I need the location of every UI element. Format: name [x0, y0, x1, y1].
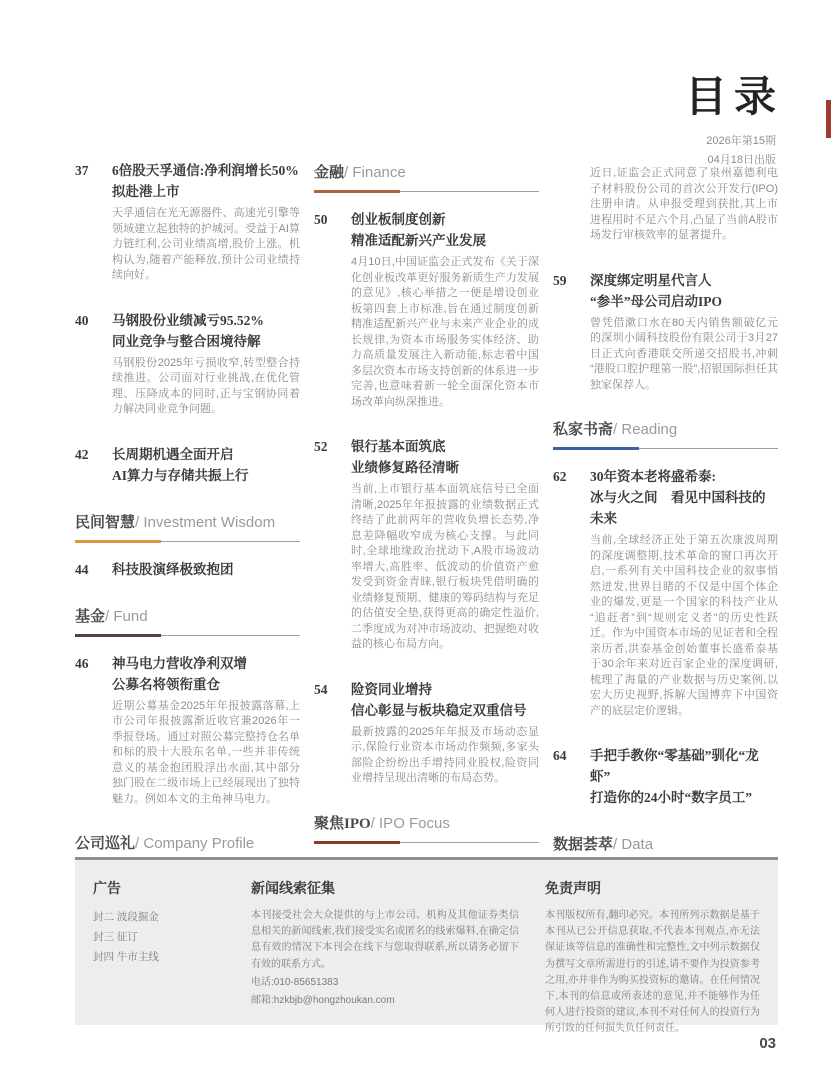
section-title: 聚焦IPOIPO Focus: [314, 813, 539, 835]
footer: 广告 封二 波段掘金封三 征订封四 牛市主线 新闻线索征集 本刊接受社会大众提供…: [75, 857, 778, 1025]
entry-page-number: 59: [553, 270, 590, 394]
section-title-zh: 民间智慧: [75, 515, 135, 531]
entry-title: 精准适配新兴产业发展: [351, 230, 539, 251]
entry-title: 科技股演绎极致抱团: [112, 559, 300, 580]
entry-content: 长周期机遇全面开启AI算力与存储共振上行: [112, 444, 300, 486]
footer-news-heading: 新闻线索征集: [251, 878, 519, 898]
entry-title: 银行基本面筑底: [351, 436, 539, 457]
entry-summary: 当前,全球经济正处于第五次康波周期的深度调整期,技术革命的窗口再次开启,一系列有…: [590, 533, 778, 719]
entry-page-number: 46: [75, 653, 112, 808]
section-accent-bar: [553, 447, 639, 450]
entry-page-number: 50: [314, 209, 351, 410]
entry-title: 信心彰显与板块稳定双重信号: [351, 700, 539, 721]
entry-content: 6倍股天孚通信:净利润增长50%拟赴港上市天孚通信在光无源器件、高速光引擎等领域…: [112, 160, 300, 284]
entry-title: 打造你的24小时“数字员工”: [590, 787, 778, 808]
section-title-en: Data: [613, 836, 653, 853]
toc-entry-64: 64手把手教你“零基础”驯化“龙虾”打造你的24小时“数字员工”: [553, 745, 778, 808]
footer-ad-heading: 广告: [93, 878, 243, 898]
section-title: 民间智慧Investment Wisdom: [75, 512, 300, 534]
entry-title: 同业竞争与整合困境待解: [112, 331, 300, 352]
entry-title: 深度绑定明星代言人: [590, 270, 778, 291]
entry-content: 神马电力营收净利双增公募名将领衔重仓近期公募基金2025年年报披露落幕,上市公司…: [112, 653, 300, 808]
entry-content: 科技股演绎极致抱团: [112, 559, 300, 580]
entry-title: 30年资本老将盛希泰:: [590, 466, 778, 487]
header-accent-bar: [826, 100, 831, 138]
page-header: 目录 2026年第15期 04月18日出版: [685, 64, 776, 171]
entry-title: 神马电力营收净利双增: [112, 653, 300, 674]
entry-summary: 最新披露的2025年年报及市场动态显示,保险行业资本市场动作频频,多家头部险企纷…: [351, 725, 539, 787]
section-title-en: IPO Focus: [371, 815, 450, 832]
entry-title: 手把手教你“零基础”驯化“龙虾”: [590, 745, 778, 787]
issue-number: 2026年第15期: [685, 132, 776, 151]
entry-content: 银行基本面筑底业绩修复路径清晰当前,上市银行基本面筑底信号已全面清晰,2025年…: [351, 436, 539, 653]
footer-email: 邮箱:hzkbjb@hongzhoukan.com: [251, 993, 519, 1009]
entry-page-number: 40: [75, 310, 112, 418]
column-left: 376倍股天孚通信:净利润增长50%拟赴港上市天孚通信在光无源器件、高速光引擎等…: [75, 160, 300, 858]
entry-content: 手把手教你“零基础”驯化“龙虾”打造你的24小时“数字员工”: [590, 745, 778, 808]
section-title: 私家书斋Reading: [553, 419, 778, 441]
section-title: 金融Finance: [314, 162, 539, 184]
entry-content: 深度绑定明星代言人“参半”母公司启动IPO曾凭借漱口水在80天内销售额破亿元的深…: [590, 270, 778, 394]
page-number: 03: [759, 1035, 776, 1052]
section-title-en: Reading: [613, 421, 677, 438]
section-rule: [75, 540, 300, 543]
entry-content: 30年资本老将盛希泰:冰与火之间 看见中国科技的未来当前,全球经济正处于第五次康…: [590, 466, 778, 719]
section-data: 数据荟萃Data: [553, 834, 778, 858]
section-title-zh: 金融: [314, 165, 344, 181]
entry-page-number: 54: [314, 679, 351, 787]
section-rule: [314, 190, 539, 193]
entry-page-number: 42: [75, 444, 112, 486]
section-investment-wisdom: 民间智慧Investment Wisdom: [75, 512, 300, 543]
entry-title: 马钢股份业绩减亏95.52%: [112, 310, 300, 331]
section-finance: 金融Finance: [314, 162, 539, 193]
section-reading: 私家书斋Reading: [553, 419, 778, 450]
entry-title: 6倍股天孚通信:净利润增长50%: [112, 160, 300, 181]
entry-summary: 4月10日,中国证监会正式发布《关于深化创业板改革更好服务新质生产力发展的意见》…: [351, 255, 539, 410]
footer-ad: 广告 封二 波段掘金封三 征订封四 牛市主线: [93, 878, 243, 1025]
toc-entry-37: 376倍股天孚通信:净利润增长50%拟赴港上市天孚通信在光无源器件、高速光引擎等…: [75, 160, 300, 284]
entry-title: AI算力与存储共振上行: [112, 465, 300, 486]
section-fund: 基金Fund: [75, 606, 300, 637]
entry-title: 公募名将领衔重仓: [112, 674, 300, 695]
entry-summary: 天孚通信在光无源器件、高速光引擎等领域建立起独特的护城河。受益于AI算力链红利,…: [112, 206, 300, 284]
entry-content: 险资同业增持信心彰显与板块稳定双重信号最新披露的2025年年报及市场动态显示,保…: [351, 679, 539, 787]
toc-columns: 376倍股天孚通信:净利润增长50%拟赴港上市天孚通信在光无源器件、高速光引擎等…: [75, 160, 778, 858]
entry-content: 马钢股份业绩减亏95.52%同业竞争与整合困境待解马钢股份2025年亏损收窄,转…: [112, 310, 300, 418]
section-title: 基金Fund: [75, 606, 300, 628]
toc-entry-44: 44科技股演绎极致抱团: [75, 559, 300, 580]
footer-ad-item: 封四 牛市主线: [93, 948, 243, 968]
footer-ad-item: 封二 波段掘金: [93, 908, 243, 928]
column-right: 近日,证监会正式同意了泉州嘉德利电子材料股份公司的首次公开发行(IPO)注册申请…: [553, 160, 778, 858]
section-ipo-focus: 聚焦IPOIPO Focus: [314, 813, 539, 844]
entry-summary: 近期公募基金2025年年报披露落幕,上市公司年报披露渐近收官兼2026年一季报登…: [112, 699, 300, 808]
footer-news: 新闻线索征集 本刊接受社会大众提供的与上市公司、机构及其他证券类信息相关的新闻线…: [251, 878, 519, 1025]
toc-entry-62: 6230年资本老将盛希泰:冰与火之间 看见中国科技的未来当前,全球经济正处于第五…: [553, 466, 778, 719]
toc-entry-50: 50创业板制度创新精准适配新兴产业发展4月10日,中国证监会正式发布《关于深化创…: [314, 209, 539, 410]
entry-title: 长周期机遇全面开启: [112, 444, 300, 465]
entry-page-number: 62: [553, 466, 590, 719]
entry-summary: 曾凭借漱口水在80天内销售额破亿元的深圳小阔科技股份有限公司于3月27日正式向香…: [590, 316, 778, 394]
section-title-zh: 数据荟萃: [553, 837, 613, 853]
section-rule: [314, 841, 539, 844]
toc-entry-54: 54险资同业增持信心彰显与板块稳定双重信号最新披露的2025年年报及市场动态显示…: [314, 679, 539, 787]
toc-page: 目录 2026年第15期 04月18日出版 376倍股天孚通信:净利润增长50%…: [0, 0, 831, 1067]
section-accent-bar: [75, 634, 161, 637]
entry-page-number: 44: [75, 559, 112, 580]
section-title-en: Finance: [344, 164, 406, 181]
column-middle: 金融Finance50创业板制度创新精准适配新兴产业发展4月10日,中国证监会正…: [314, 160, 539, 858]
section-title-zh: 聚焦IPO: [314, 816, 371, 832]
section-title: 公司巡礼Company Profile: [75, 833, 300, 855]
section-title-en: Fund: [105, 608, 148, 625]
section-accent-bar: [75, 540, 161, 543]
footer-news-body: 本刊接受社会大众提供的与上市公司、机构及其他证券类信息相关的新闻线索,我们接受实…: [251, 908, 519, 973]
footer-disclaimer: 免责声明 本刊版权所有,翻印必究。本刊所列示数据是基于本刊从已公开信息获取,不代…: [545, 878, 760, 1025]
footer-ad-list: 封二 波段掘金封三 征订封四 牛市主线: [93, 908, 243, 968]
section-title: 数据荟萃Data: [553, 834, 778, 856]
entry-title: “参半”母公司启动IPO: [590, 291, 778, 312]
footer-disclaimer-body: 本刊版权所有,翻印必究。本刊所列示数据是基于本刊从已公开信息获取,不代表本刊观点…: [545, 908, 760, 1038]
section-company-profile: 公司巡礼Company Profile: [75, 833, 300, 858]
toc-entry-40: 40马钢股份业绩减亏95.52%同业竞争与整合困境待解马钢股份2025年亏损收窄…: [75, 310, 300, 418]
footer-disclaimer-heading: 免责声明: [545, 878, 760, 898]
section-accent-bar: [314, 841, 400, 844]
entry-title: 险资同业增持: [351, 679, 539, 700]
entry-content: 创业板制度创新精准适配新兴产业发展4月10日,中国证监会正式发布《关于深化创业板…: [351, 209, 539, 410]
section-title-zh: 基金: [75, 609, 105, 625]
entry-title: 创业板制度创新: [351, 209, 539, 230]
entry-summary: 当前,上市银行基本面筑底信号已全面清晰,2025年年报披露的业绩数据正式终结了此…: [351, 482, 539, 653]
entry-summary: 马钢股份2025年亏损收窄,转型整合持续推进。公司面对行业挑战,在优化管理、压降…: [112, 356, 300, 418]
section-accent-bar: [314, 190, 400, 193]
entry-title: 业绩修复路径清晰: [351, 457, 539, 478]
entry-summary-continued: 近日,证监会正式同意了泉州嘉德利电子材料股份公司的首次公开发行(IPO)注册申请…: [553, 166, 778, 244]
section-rule: [75, 634, 300, 637]
page-title: 目录: [685, 64, 783, 124]
toc-entry-42: 42长周期机遇全面开启AI算力与存储共振上行: [75, 444, 300, 486]
section-title-zh: 私家书斋: [553, 422, 613, 438]
toc-entry-52: 52银行基本面筑底业绩修复路径清晰当前,上市银行基本面筑底信号已全面清晰,202…: [314, 436, 539, 653]
entry-page-number: 37: [75, 160, 112, 284]
footer-phone: 电话:010-85651383: [251, 975, 519, 991]
section-title-zh: 公司巡礼: [75, 836, 135, 852]
section-rule: [553, 447, 778, 450]
entry-page-number: 52: [314, 436, 351, 653]
section-title-en: Investment Wisdom: [135, 514, 275, 531]
section-title-en: Company Profile: [135, 835, 254, 852]
footer-ad-item: 封三 征订: [93, 928, 243, 948]
entry-title: 冰与火之间 看见中国科技的未来: [590, 487, 778, 529]
entry-page-number: 64: [553, 745, 590, 808]
toc-entry-59: 59深度绑定明星代言人“参半”母公司启动IPO曾凭借漱口水在80天内销售额破亿元…: [553, 270, 778, 394]
entry-title: 拟赴港上市: [112, 181, 300, 202]
toc-entry-46: 46神马电力营收净利双增公募名将领衔重仓近期公募基金2025年年报披露落幕,上市…: [75, 653, 300, 808]
